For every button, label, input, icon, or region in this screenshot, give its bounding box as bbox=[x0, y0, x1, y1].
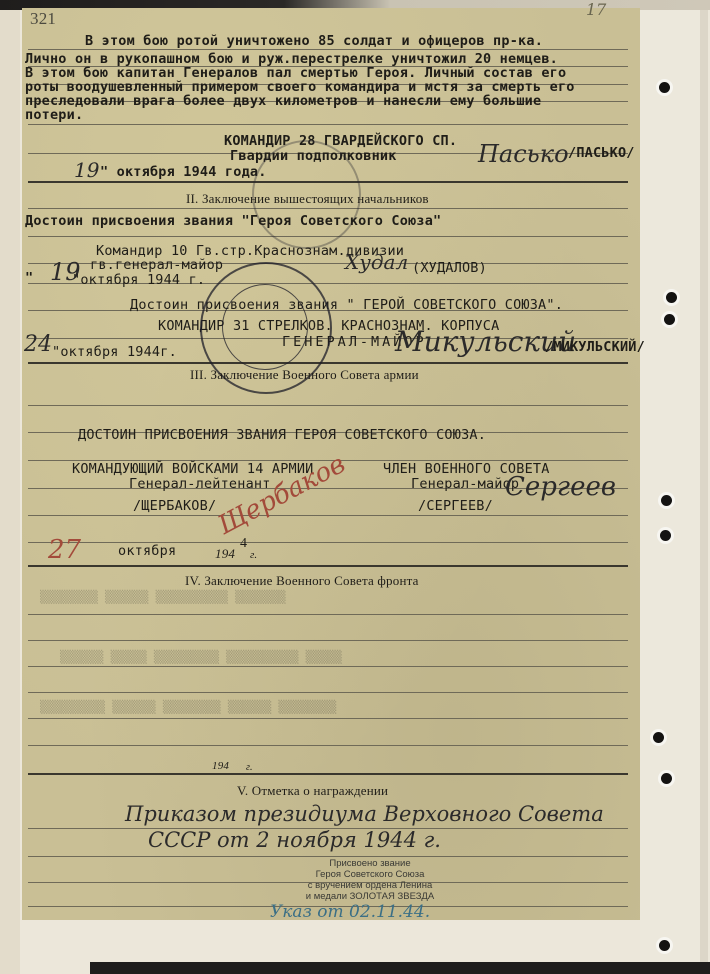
ruled-line bbox=[28, 856, 628, 857]
front-council-date-g: г. bbox=[246, 762, 253, 773]
army-council-date-year-suffix: 4 bbox=[240, 536, 247, 552]
army-commander-name: /ЩЕРБАКОВ/ bbox=[133, 498, 216, 514]
corps-conclusion: Достоин присвоения звания " ГЕРОЙ СОВЕТС… bbox=[130, 297, 563, 313]
ruled-line bbox=[28, 640, 628, 641]
narrative-line: преследовали врага более двух километров… bbox=[25, 93, 541, 109]
award-stamp-line: Героя Советского Союза bbox=[280, 869, 460, 880]
left-margin bbox=[0, 0, 20, 974]
regiment-commander-date: " октября 1944 года. bbox=[100, 164, 267, 180]
ruled-line bbox=[28, 745, 628, 746]
section-5-heading: V. Отметка о награждении bbox=[237, 783, 388, 799]
punch-hole-icon bbox=[653, 732, 664, 743]
narrative-line: потери. bbox=[25, 107, 83, 123]
corps-commander-name: /МИКУЛЬСКИЙ/ bbox=[545, 339, 645, 355]
front-council-date-year: 194 bbox=[212, 760, 229, 772]
ruled-line bbox=[28, 718, 628, 719]
regiment-commander-signature: Пасько bbox=[478, 140, 569, 168]
section-4-heading: IV. Заключение Военного Совета фронта bbox=[185, 573, 419, 589]
division-commander-name: (ХУДАЛОВ) bbox=[412, 260, 487, 276]
punch-hole-icon bbox=[659, 82, 670, 93]
ruled-line bbox=[28, 515, 628, 516]
section-divider bbox=[28, 362, 628, 364]
punch-hole-icon bbox=[666, 292, 677, 303]
army-council-date-year: 194 bbox=[215, 546, 235, 562]
award-stamp-line: с вручением ордена Ленина bbox=[280, 880, 460, 891]
section-divider bbox=[28, 773, 628, 775]
division-commander-date: "октября 1944 г. bbox=[72, 272, 205, 288]
bleed-through-text: ▒▒▒▒▒▒▒▒▒ ▒▒▒▒▒▒ ▒▒▒▒▒▒▒▒ ▒▒▒▒▒▒ ▒▒▒▒▒▒▒… bbox=[40, 700, 336, 714]
bleed-through-text: ▒▒▒▒▒▒ ▒▒▒▒▒ ▒▒▒▒▒▒▒▒▒ ▒▒▒▒▒▒▒▒▒▒ ▒▒▒▒▒ bbox=[60, 650, 342, 664]
award-order-date-handwritten: СССР от 2 ноября 1944 г. bbox=[148, 828, 441, 852]
section-3-conclusion: ДОСТОИН ПРИСВОЕНИЯ ЗВАНИЯ ГЕРОЯ СОВЕТСКО… bbox=[78, 427, 486, 443]
section-2-heading: II. Заключение вышестоящих начальников bbox=[186, 191, 429, 207]
division-commander-rank: гв.генерал-майор bbox=[90, 257, 223, 273]
punch-hole-icon bbox=[664, 314, 675, 325]
army-commander-title: КОМАНДУЮЩИЙ ВОЙСКАМИ 14 АРМИИ bbox=[72, 461, 314, 477]
council-member-name: /СЕРГЕЕВ/ bbox=[418, 498, 493, 514]
decree-note: Указ от 02.11.44. bbox=[270, 902, 430, 922]
regiment-commander-name: /ПАСЬКО/ bbox=[568, 145, 635, 161]
award-stamp-line: Присвоено звание bbox=[280, 858, 460, 869]
ruled-line bbox=[28, 692, 628, 693]
section-3-heading: III. Заключение Военного Совета армии bbox=[190, 367, 419, 383]
award-stamp-line: и медали ЗОЛОТАЯ ЗВЕЗДА bbox=[280, 891, 460, 902]
punch-hole-icon bbox=[659, 940, 670, 951]
bleed-through-text: ▒▒▒▒▒▒▒▒ ▒▒▒▒▒▒ ▒▒▒▒▒▒▒▒▒▒ ▒▒▒▒▒▒▒ bbox=[40, 590, 286, 604]
award-stamp: Присвоено звание Героя Советского Союза … bbox=[280, 858, 460, 902]
award-order-handwritten: Приказом президиума Верховного Совета bbox=[125, 802, 604, 826]
punch-hole-icon bbox=[661, 495, 672, 506]
corner-mark: 17 bbox=[586, 0, 606, 19]
ruled-line bbox=[28, 405, 628, 406]
section-2-conclusion: Достоин присвоения звания "Героя Советск… bbox=[25, 213, 441, 229]
section-divider bbox=[28, 565, 628, 567]
ruled-line bbox=[28, 614, 628, 615]
punch-hole-icon bbox=[661, 773, 672, 784]
date-day-handwritten: 19 bbox=[74, 158, 99, 182]
date-day-handwritten: 27 bbox=[48, 535, 81, 565]
date-day-handwritten: 24 bbox=[24, 332, 52, 357]
ruled-line bbox=[28, 666, 628, 667]
narrative-line: В этом бою ротой уничтожено 85 солдат и … bbox=[85, 33, 543, 49]
ruled-line bbox=[28, 124, 628, 125]
army-commander-rank: Генерал-лейтенант bbox=[129, 476, 271, 492]
official-stamp-inner-ring bbox=[222, 284, 308, 370]
regiment-commander-title: КОМАНДИР 28 ГВАРДЕЙСКОГО СП. bbox=[224, 133, 457, 149]
ruled-line bbox=[28, 49, 628, 50]
council-member-rank: Генерал-майор bbox=[411, 476, 519, 492]
punch-hole-icon bbox=[660, 530, 671, 541]
binding-strip bbox=[640, 0, 708, 974]
scan-bottom-edge bbox=[90, 962, 710, 974]
army-council-date-g: г. bbox=[250, 549, 257, 561]
corps-commander-date: "октября 1944г. bbox=[52, 344, 177, 360]
army-council-date-month: октября bbox=[118, 543, 176, 559]
sheet-number: 321 bbox=[30, 9, 56, 29]
division-commander-signature: Худал bbox=[345, 250, 408, 274]
council-member-signature: Сергеев bbox=[505, 472, 616, 502]
